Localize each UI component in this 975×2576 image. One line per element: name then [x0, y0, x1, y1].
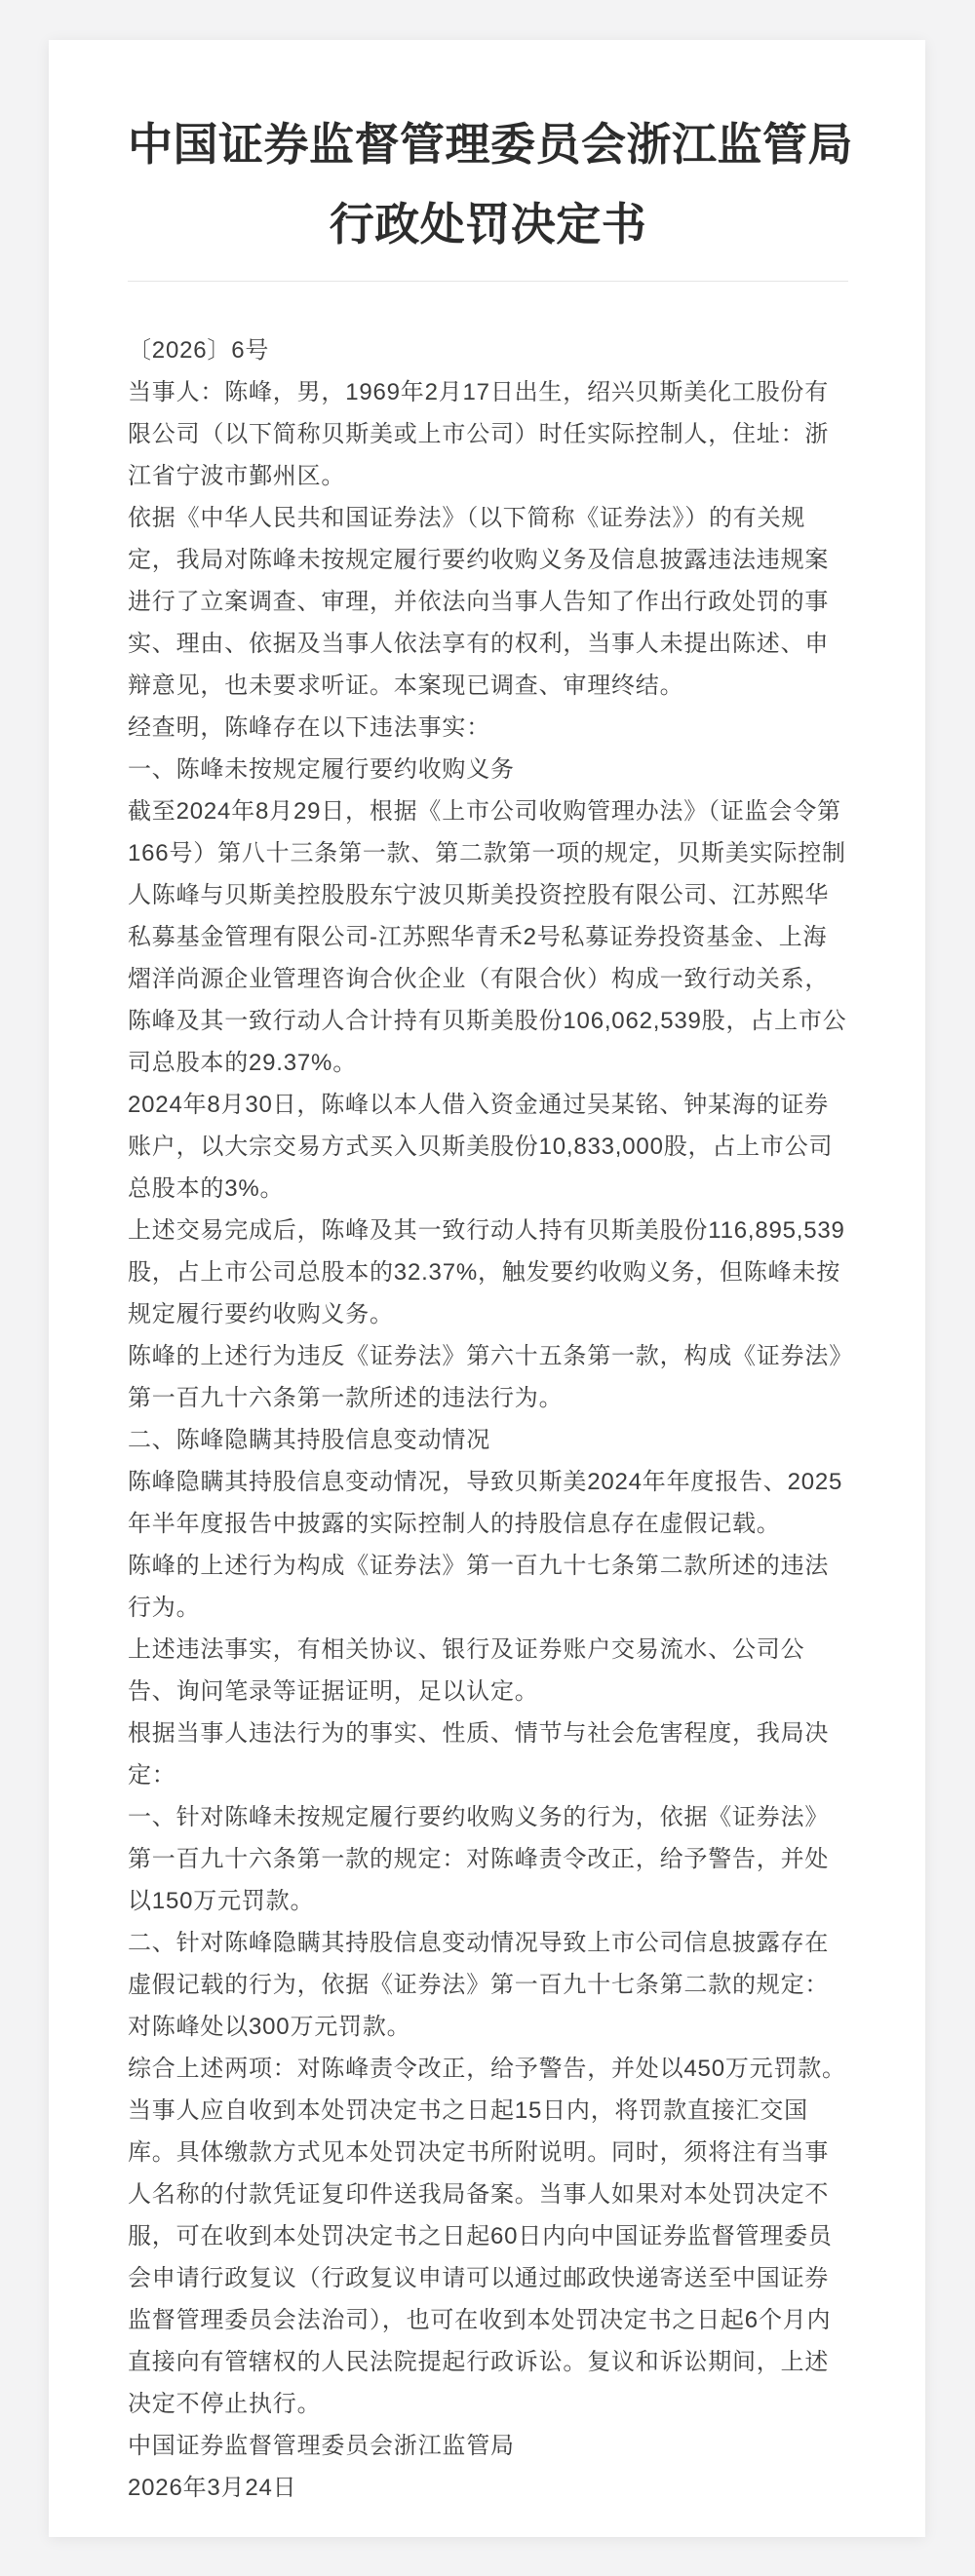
paragraph: 二、针对陈峰隐瞒其持股信息变动情况导致上市公司信息披露存在虚假记载的行为，依据《…	[128, 1922, 848, 2048]
paragraph: 一、针对陈峰未按规定履行要约收购义务的行为，依据《证券法》第一百九十六条第一款的…	[128, 1796, 848, 1922]
signature-line: 中国证券监督管理委员会浙江监管局	[128, 2425, 848, 2467]
paragraph: 综合上述两项：对陈峰责令改正，给予警告，并处以450万元罚款。	[128, 2048, 848, 2090]
doc-number: 〔2026〕6号	[128, 329, 848, 371]
document-title-line-2: 行政处罚决定书	[128, 184, 848, 264]
date-line: 2026年3月24日	[128, 2467, 848, 2509]
paragraph: 截至2024年8月29日，根据《上市公司收购管理办法》（证监会令第166号）第八…	[128, 790, 848, 1084]
title-divider	[128, 281, 848, 282]
paragraph: 经查明，陈峰存在以下违法事实：	[128, 707, 848, 749]
paragraph: 二、陈峰隐瞒其持股信息变动情况	[128, 1419, 848, 1461]
document-card: 中国证券监督管理委员会浙江监管局 行政处罚决定书 〔2026〕6号 当事人：陈峰…	[49, 40, 925, 2537]
document-title-line-1: 中国证券监督管理委员会浙江监管局	[128, 104, 848, 184]
paragraph: 陈峰的上述行为构成《证券法》第一百九十七条第二款所述的违法行为。	[128, 1545, 848, 1629]
paragraph: 一、陈峰未按规定履行要约收购义务	[128, 749, 848, 790]
paragraph: 当事人应自收到本处罚决定书之日起15日内，将罚款直接汇交国库。具体缴款方式见本处…	[128, 2090, 848, 2425]
paragraph: 上述交易完成后，陈峰及其一致行动人持有贝斯美股份116,895,539股，占上市…	[128, 1210, 848, 1335]
paragraph: 陈峰隐瞒其持股信息变动情况，导致贝斯美2024年年度报告、2025年半年度报告中…	[128, 1461, 848, 1545]
paragraph: 上述违法事实，有相关协议、银行及证券账户交易流水、公司公告、询问笔录等证据证明，…	[128, 1629, 848, 1712]
document-body: 〔2026〕6号 当事人：陈峰，男，1969年2月17日出生，绍兴贝斯美化工股份…	[128, 329, 848, 2509]
page-background: 中国证券监督管理委员会浙江监管局 行政处罚决定书 〔2026〕6号 当事人：陈峰…	[0, 0, 975, 2576]
paragraph: 根据当事人违法行为的事实、性质、情节与社会危害程度，我局决定：	[128, 1712, 848, 1796]
paragraph: 当事人：陈峰，男，1969年2月17日出生，绍兴贝斯美化工股份有限公司（以下简称…	[128, 371, 848, 497]
paragraph-list: 当事人：陈峰，男，1969年2月17日出生，绍兴贝斯美化工股份有限公司（以下简称…	[128, 371, 848, 2425]
paragraph: 陈峰的上述行为违反《证券法》第六十五条第一款，构成《证券法》第一百九十六条第一款…	[128, 1335, 848, 1419]
paragraph: 依据《中华人民共和国证券法》（以下简称《证券法》）的有关规定，我局对陈峰未按规定…	[128, 497, 848, 707]
paragraph: 2024年8月30日，陈峰以本人借入资金通过吴某铭、钟某海的证券账户，以大宗交易…	[128, 1084, 848, 1210]
document-title: 中国证券监督管理委员会浙江监管局 行政处罚决定书	[128, 104, 848, 264]
